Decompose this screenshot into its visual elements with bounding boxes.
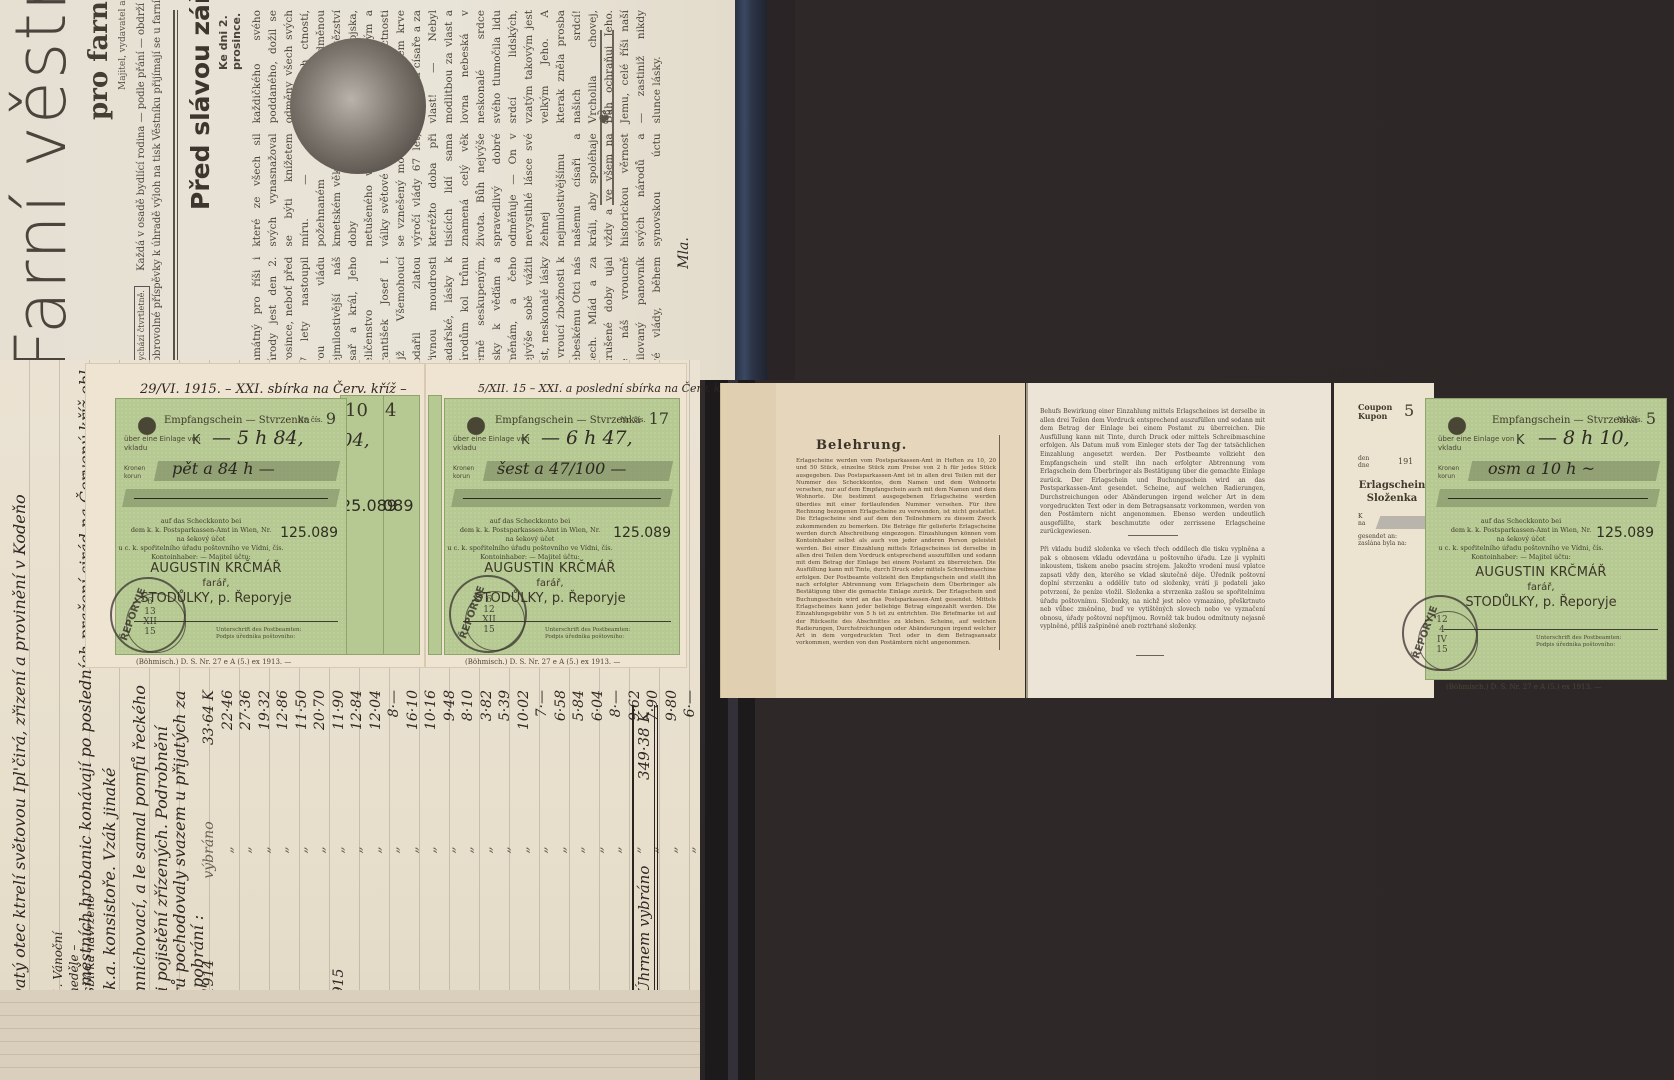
list-item: 27) 15/8„6·—	[681, 630, 700, 1050]
currency-label: K	[521, 433, 530, 448]
list-item: 22) 4/7„6·04	[589, 630, 608, 1050]
account-number: 125.089	[613, 525, 671, 541]
total-amount: 349·38 K	[635, 711, 653, 779]
account-text: auf das Scheckkonto bei dem k. k. Postsp…	[1436, 517, 1606, 562]
account-owner: AUGUSTIN KRČMÁŘ farář, STODŮLKY, p. Řepo…	[1436, 565, 1646, 610]
list-item: 12) 28/2„16·10	[404, 630, 423, 1050]
receipt-handwritten-note: 11/IV. 15. – Sbírka XV. na Červ. kříž	[1330, 366, 1562, 381]
list-item: 9) 9/1„12·84	[348, 630, 367, 1050]
list-item: 23) 11/7„8·—	[607, 630, 626, 1050]
postmark-stamp: ŘEPORYJE 6 12 XII 15	[449, 575, 527, 653]
book-edge	[767, 0, 795, 380]
book-spine	[735, 0, 767, 380]
coupon-number: 5	[1404, 401, 1414, 420]
account-text: auf das Scheckkonto bei dem k. k. Postsp…	[116, 517, 286, 562]
info-line-2: Dobrovolné příspěvky k úhradě výloh na t…	[152, 0, 163, 370]
amount-cross-band	[122, 489, 340, 507]
owner-name: AUGUSTIN KRČMÁŘ	[116, 561, 316, 576]
side-note: 1. Vánoční neděle – Sbírka navrzeno	[50, 896, 98, 996]
currency-label: K	[192, 433, 201, 448]
info-line-1: Každá v osadě bydlící rodina — podle přá…	[136, 0, 147, 271]
coupon-label: Coupon Kupon	[1358, 403, 1392, 421]
article-headline: Před slávou zářným trůnem.	[186, 10, 215, 370]
receipt-amount: — 5 h 84,	[212, 427, 304, 449]
underlying-receipt-number: 4	[385, 400, 396, 421]
eagle-emblem-icon	[136, 415, 158, 437]
list-item: 7) 25/12„20·70	[311, 630, 330, 1050]
total-label-and-amount: Úhrnem vybráno 349·38 K	[632, 705, 658, 1000]
underlying-receipt-number: 10	[345, 400, 368, 421]
einlage-label: über eine Einlage von vkladu	[124, 435, 200, 453]
receipt-amount: — 8 h 10,	[1538, 427, 1630, 449]
receipt-footer: (Böhmisch.) D. S. Nr. 27 e A (5.) ex 191…	[1446, 683, 1601, 691]
postmark-stamp: ŘEPORYJE 12 4 IV 15	[1402, 595, 1478, 671]
receipt-footer: (Böhmisch.) D. S. Nr. 27 e A (5.) ex 191…	[136, 658, 291, 666]
list-item: 1) 28/5 1914výbráno33·64 K	[200, 630, 219, 1050]
emperor-portrait	[290, 38, 426, 174]
coupon-year: 191	[1398, 457, 1413, 466]
list-item: 2) 11/6„22·46	[219, 630, 238, 1050]
newspaper-page: Farní věstník úř pro farnost Ořešskou. M…	[0, 0, 735, 380]
newspaper-editor-line: Majitel, vydavatel a redaktor: Jindřich …	[118, 10, 128, 370]
underlying-receipt-edge	[428, 395, 442, 655]
receipt-card: Empfangschein — Stvrzenka Nr. čís.9 über…	[115, 398, 347, 655]
list-item: 28) 22/8„6·23	[700, 630, 701, 1050]
list-item: 20) 20/6„6·58	[552, 630, 571, 1050]
eagle-emblem-icon	[465, 415, 487, 437]
coupon-amount-label: K na	[1358, 513, 1365, 527]
account-text: auf das Scheckkonto bei dem k. k. Postsp…	[445, 517, 615, 562]
list-item: 13) 14/3„10·16	[422, 630, 441, 1050]
paper-fold	[721, 383, 776, 698]
receipt-handwritten-note: 5/XII. 15 – XXI. a poslední sbírka na Če…	[478, 382, 735, 395]
article-dateline: Ke dni 2. prosince.	[217, 10, 243, 370]
account-number: 125.089	[1596, 525, 1654, 541]
underlying-receipt: 4 089	[380, 395, 420, 655]
currency-label: K	[1516, 433, 1525, 448]
amount-cross-band	[451, 489, 673, 507]
einlage-label: über eine Einlage von vkladu	[1438, 435, 1514, 453]
receipt-amount-words: pět a 84 h —	[172, 459, 275, 478]
collection-list: 1) 28/5 1914výbráno33·64 K 2) 11/6„22·46…	[200, 630, 700, 1050]
page-edges	[0, 990, 700, 1080]
instructions-german: Behufs Bewirkung einer Einzahlung mittel…	[1040, 408, 1265, 537]
total-label: Úhrnem vybráno	[635, 866, 653, 994]
list-item: 11) 9/2„8·—	[385, 630, 404, 1050]
receipt-amount-words: osm a 10 h ~	[1488, 459, 1595, 478]
eagle-emblem-icon	[1446, 415, 1468, 437]
newspaper-info: Vychází čtvrtletně. Každá v osadě bydlíc…	[134, 10, 165, 370]
frequency-badge: Vychází čtvrtletně.	[134, 286, 150, 370]
kronen-label: Kronen korun	[453, 465, 474, 481]
double-rule	[173, 10, 178, 370]
receipt-number: Nr. čís.17	[621, 409, 670, 428]
list-item: 16) 25/4„3·82	[478, 630, 497, 1050]
kronen-label: Kronen korun	[124, 465, 145, 481]
receipt-amount-words: šest a 47/100 —	[497, 459, 626, 478]
margin-note: Mla.	[676, 237, 692, 269]
newspaper-subtitle: pro farnost Ořešskou.	[84, 10, 114, 370]
coupon-sent-label: gesendet an: zaslána byla na:	[1358, 533, 1407, 547]
list-item: 19) 6/6„7·—	[533, 630, 552, 1050]
signature-label: Unterschrift des Postbeamten: Podpis úře…	[545, 627, 630, 641]
receipt-title: Empfangschein — Stvrzenka	[164, 415, 310, 426]
belehrung-title: Belehrung.	[816, 438, 907, 453]
receipt-card: Empfangschein — Stvrzenka Nr. čís.17 übe…	[444, 398, 680, 655]
divider-rule	[1128, 535, 1178, 536]
list-item: 10) 6/2„12·04	[367, 630, 386, 1050]
underlying-receipt-account: 25.089	[341, 496, 397, 515]
instruction-sheet-bilingual: Behufs Bewirkung einer Einzahlung mittel…	[1026, 383, 1331, 698]
list-item: 5) 30/6„12·86	[274, 630, 293, 1050]
list-item: 14) 28/3„9·48	[441, 630, 460, 1050]
column-rule	[999, 435, 1000, 650]
signature-label: Unterschrift des Postbeamten: Podpis úře…	[216, 627, 301, 641]
divider-rule	[1136, 655, 1164, 656]
einlage-label: über eine Einlage von vkladu	[453, 435, 529, 453]
owner-name: AUGUSTIN KRČMÁŘ	[445, 561, 655, 576]
list-item: 4) 5/6„19·32	[256, 630, 275, 1050]
signature-label: Unterschrift des Postbeamten: Podpis úře…	[1536, 635, 1621, 649]
owner-name: AUGUSTIN KRČMÁŘ	[1436, 565, 1646, 580]
account-number: 125.089	[280, 525, 338, 541]
receipt-handwritten-note: 29/VI. 1915. – XXI. sbírka na Červ. kříž…	[140, 382, 407, 397]
receipt-amount: — 6 h 47,	[541, 427, 633, 449]
ledger-heading-line: Hrávě svatý otec ktrelí světovou Ipl'čir…	[10, 494, 29, 1060]
list-item: 21) 27/6„5·84	[570, 630, 589, 1050]
instruction-sheet-german: Belehrung. Erlagscheine werden vom Posts…	[720, 383, 1025, 698]
instructions-czech: Při vkladu budiž složenka ve všech třech…	[1040, 546, 1265, 632]
owner-title: farář,	[1436, 582, 1646, 593]
list-item: 8) 3/1 1915„11·90	[330, 630, 349, 1050]
amount-cross-band	[1436, 489, 1660, 507]
receipt-footer: (Böhmisch.) D. S. Nr. 27 e A (5.) ex 191…	[465, 658, 620, 666]
list-item: 15) 11/4„8·10	[459, 630, 478, 1050]
receipt-title: Empfangschein — Stvrzenka	[495, 415, 641, 426]
list-item: 3) 15/6„27·36	[237, 630, 256, 1050]
total-row: Úhrnem vybráno 349·38 K	[628, 660, 668, 1000]
receipt-number: Nr. čís.5	[1618, 409, 1656, 428]
list-item: 18) 23/5„10·02	[515, 630, 534, 1050]
coupon-date-label: den dne	[1358, 455, 1369, 469]
list-item: 17) 9/5„5·39	[496, 630, 515, 1050]
coupon-title: Erlagschein Složenka	[1352, 479, 1432, 505]
coupon-amount-band	[1376, 516, 1431, 529]
newspaper-masthead: Farní věstník úř	[6, 10, 76, 370]
list-item: 6) 6/12„11·50	[293, 630, 312, 1050]
ornament-divider-icon	[600, 30, 614, 205]
receipt-number: Nr. čís.9	[298, 409, 336, 428]
receipt-title: Empfangschein — Stvrzenka	[1492, 415, 1638, 426]
belehrung-text: Erlagscheine werden vom Postsparkassen-A…	[796, 458, 996, 658]
kronen-label: Kronen korun	[1438, 465, 1459, 481]
postmark-stamp: ŘEPORYJE 6 13 XII 15	[110, 577, 186, 653]
receipt-card: Empfangschein — Stvrzenka Nr. čís.5 über…	[1425, 398, 1667, 680]
